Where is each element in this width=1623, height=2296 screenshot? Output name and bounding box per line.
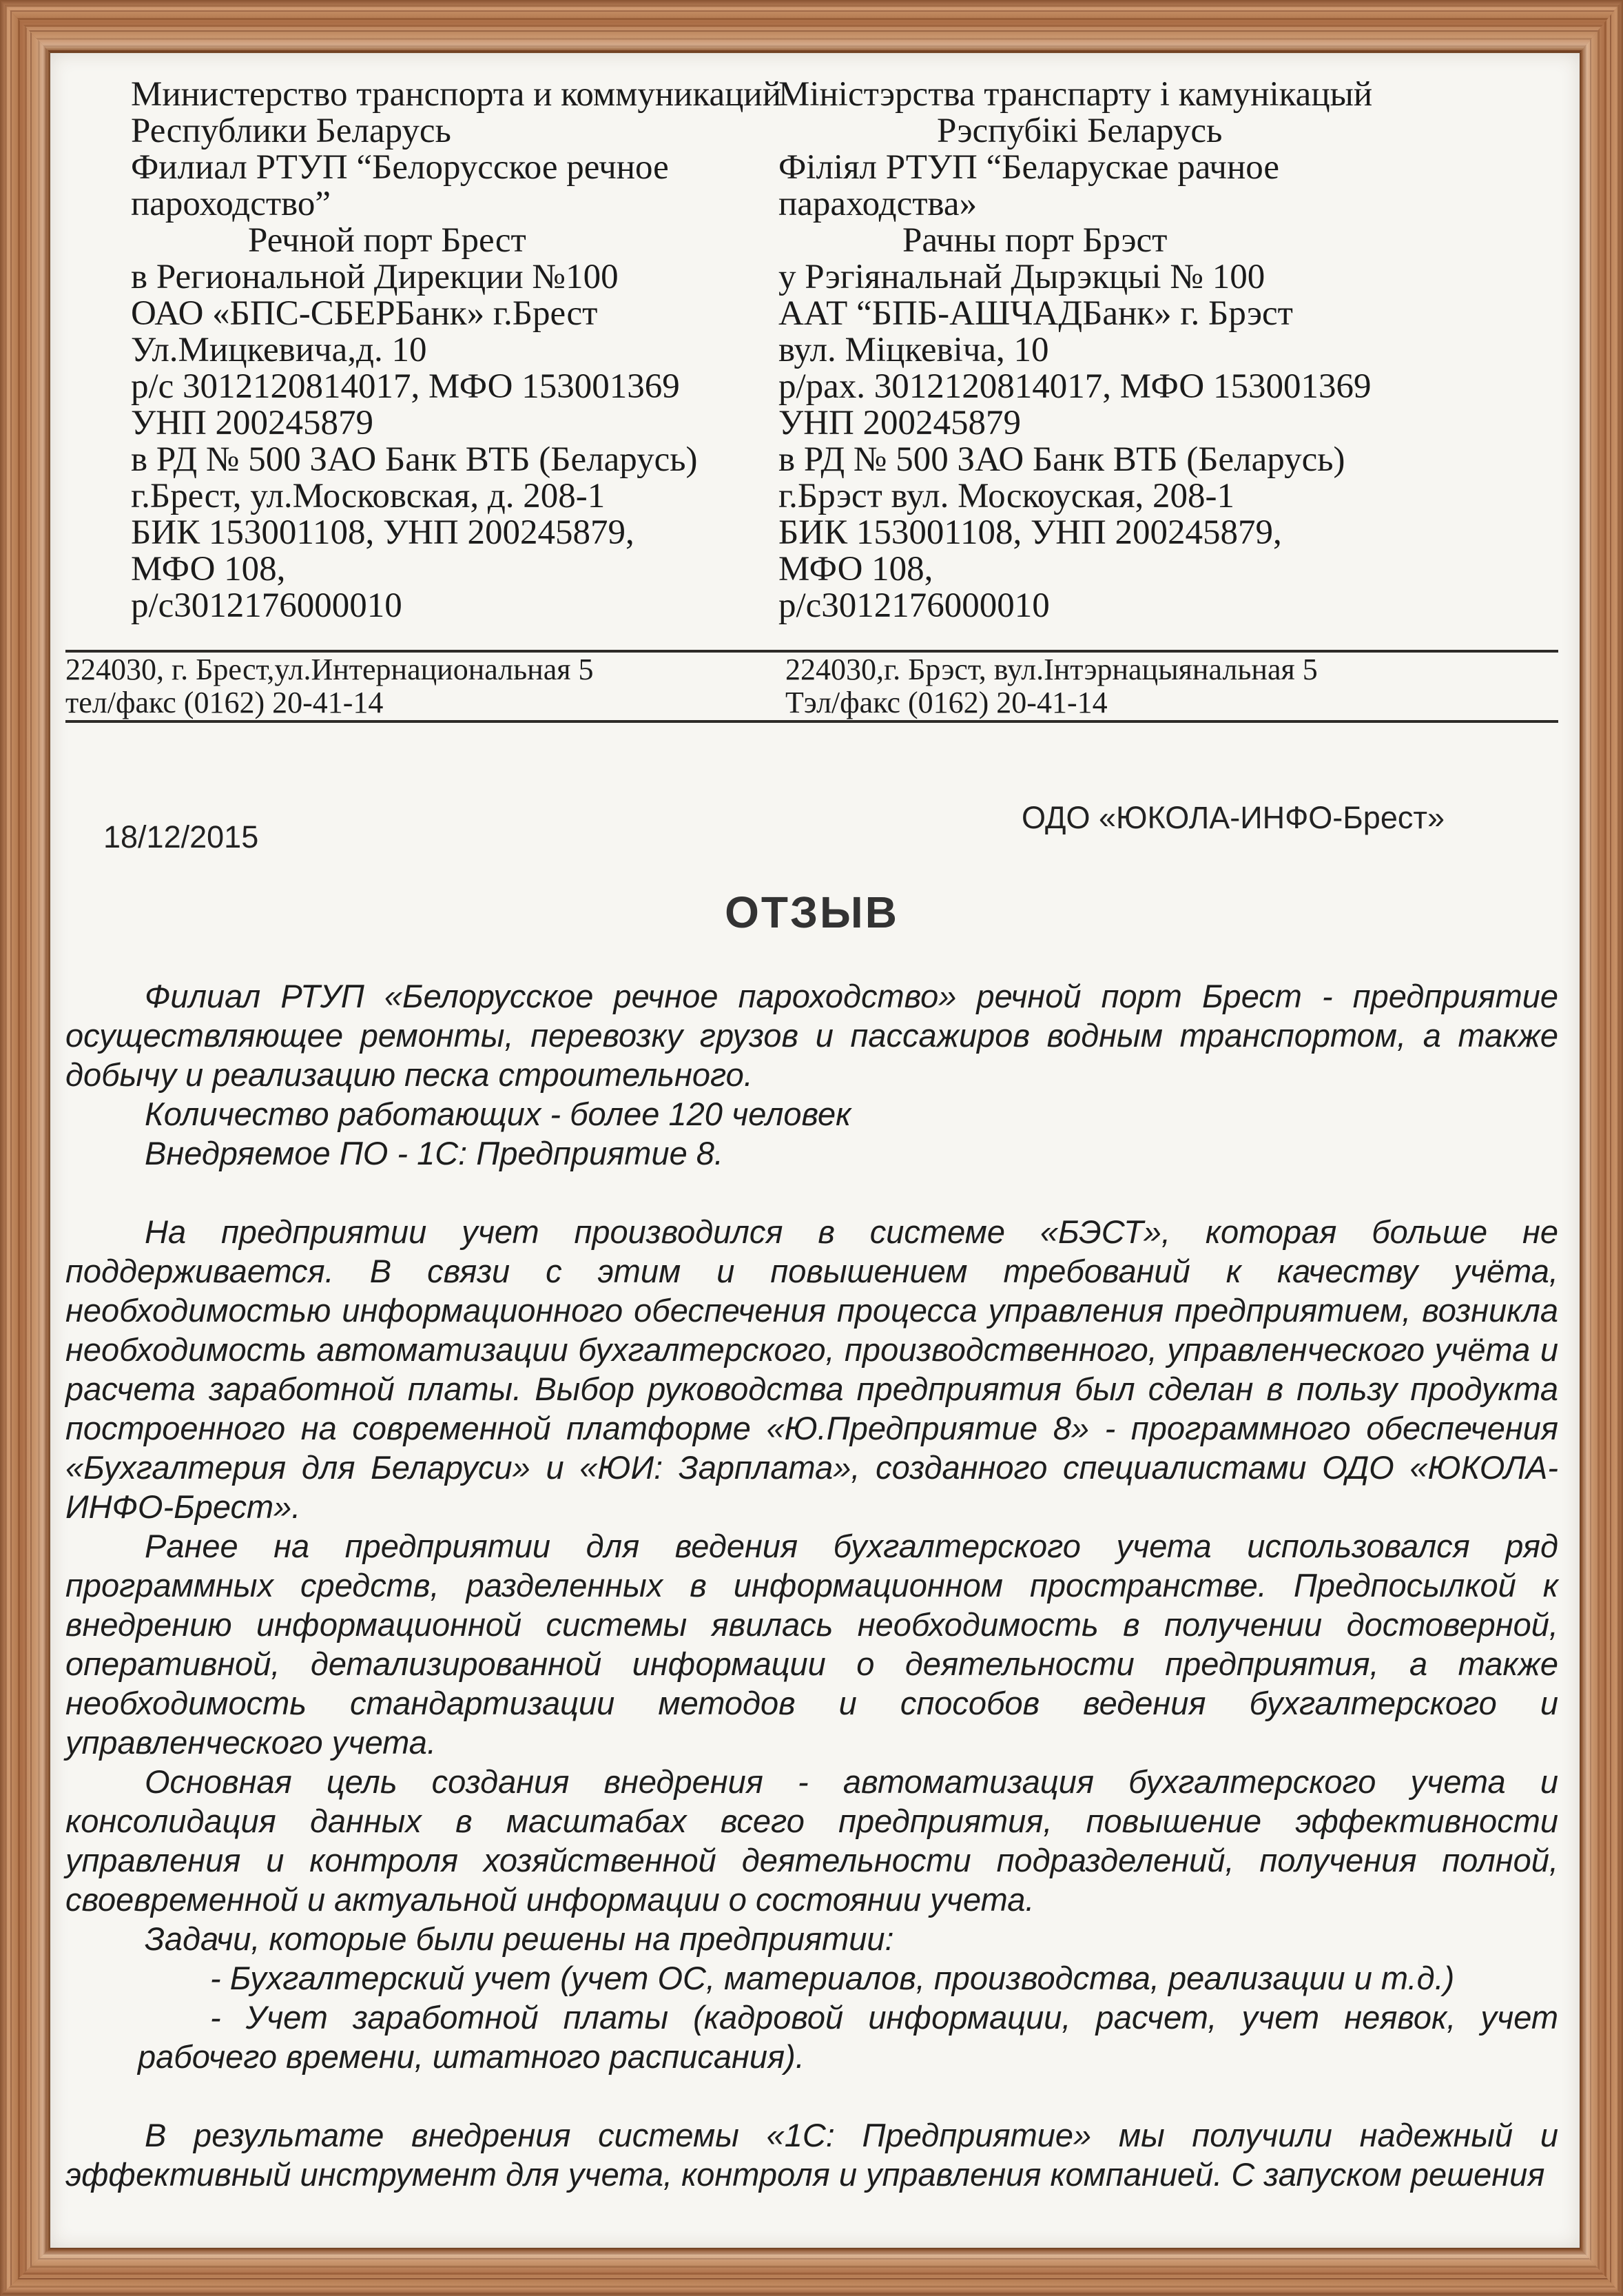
phone-line: Тэл/факс (0162) 20-41-14 [785,686,1558,719]
address-belarusian: 224030,г. Брэст, вул.Інтэрнацыянальная 5… [785,653,1558,719]
letterhead-line: МФО 108, [131,551,775,588]
divider-rule-bottom [65,720,1558,723]
letterhead-line: Республики Беларусь [131,113,775,150]
letterhead: Министерство транспорта и коммуникаций Р… [65,76,1558,624]
address-block: 224030, г. Брест,ул.Интернациональная 5 … [65,653,1558,720]
paragraph-result: В результате внедрения системы «1С: Пред… [65,2115,1558,2194]
bullet-item-payroll: - Учет заработной платы (кадровой информ… [65,1998,1558,2076]
letterhead-line: ААТ “БПБ-АШЧАДБанк» г. Брэст [778,296,1558,332]
meta-row: 18/12/2015 ОДО «ЮКОЛА-ИНФО-Брест» [65,800,1558,855]
letterhead-line: пароходство” [131,186,775,223]
letterhead-line: в Региональной Дирекции №100 [131,259,775,296]
letterhead-line: вул. Міцкевіча, 10 [778,332,1558,369]
letterhead-line: р/рах. 3012120814017, МФО 153001369 [778,369,1558,405]
letterhead-line: ОАО «БПС-СБЕРБанк» г.Брест [131,296,775,332]
document-body: Филиал РТУП «Белорусское речное пароходс… [65,976,1558,2194]
letterhead-line: Рэспубікі Беларусь [778,113,1558,150]
letterhead-line: Филиал РТУП “Белорусское речное [131,150,775,186]
document-recipient: ОДО «ЮКОЛА-ИНФО-Брест» [1022,800,1445,836]
letterhead-line: параходства» [778,186,1558,223]
framed-document-photo: { "colors": { "frame_wood_base": "#a96a3… [0,0,1623,2296]
letterhead-line: г.Брест, ул.Московская, д. 208-1 [131,478,775,515]
letterhead-line: Філіял РТУП “Беларускае рачное [778,150,1558,186]
letterhead-line: БИК 153001108, УНП 200245879, [778,515,1558,551]
address-russian: 224030, г. Брест,ул.Интернациональная 5 … [65,653,785,719]
phone-line: тел/факс (0162) 20-41-14 [65,686,785,719]
letterhead-line: р/с 3012120814017, МФО 153001369 [131,369,775,405]
bullet-item-accounting: - Бухгалтерский учет (учет ОС, материало… [65,1958,1558,1998]
document-date: 18/12/2015 [103,819,258,855]
letterhead-line: УНП 200245879 [778,405,1558,442]
letterhead-belarusian-column: Міністэрства транспарту і камунікацый Рэ… [778,76,1558,624]
letterhead-line: у Рэгіянальнай Дырэкцыі № 100 [778,259,1558,296]
picture-frame-right [1580,0,1623,2296]
letterhead-line: Министерство транспорта и коммуникаций [131,76,775,113]
letterhead-line: БИК 153001108, УНП 200245879, [131,515,775,551]
letterhead-line: УНП 200245879 [131,405,775,442]
paragraph-previous-system: На предприятии учет производился в систе… [65,1212,1558,1526]
paragraph-main-goal: Основная цель создания внедрения - автом… [65,1762,1558,1919]
picture-frame-bottom [0,2248,1623,2296]
picture-frame-top [0,0,1623,53]
letterhead-line: МФО 108, [778,551,1558,588]
letterhead-line: р/с3012176000010 [131,588,775,624]
letterhead-line: Рачны порт Брэст [778,223,1558,259]
letterhead-line: Ул.Мицкевича,д. 10 [131,332,775,369]
paragraph-prerequisites: Ранее на предприятии для ведения бухгалт… [65,1526,1558,1762]
document-title: ОТЗЫВ [65,890,1558,935]
letterhead-line: в РД № 500 ЗАО Банк ВТБ (Беларусь) [131,442,775,478]
letterhead-line: р/с3012176000010 [778,588,1558,624]
address-line: 224030,г. Брэст, вул.Інтэрнацыянальная 5 [785,653,1558,686]
paragraph-tasks-heading: Задачи, которые были решены на предприят… [65,1919,1558,1958]
paragraph-employee-count: Количество работающих - более 120 челове… [65,1094,1558,1134]
letterhead-line: в РД № 500 ЗАО Банк ВТБ (Беларусь) [778,442,1558,478]
letterhead-russian-column: Министерство транспорта и коммуникаций Р… [131,76,775,624]
letterhead-line: Речной порт Брест [131,223,775,259]
letterhead-line: г.Брэст вул. Москоуская, 208-1 [778,478,1558,515]
paragraph-software: Внедряемое ПО - 1С: Предприятие 8. [65,1134,1558,1173]
document-paper: Министерство транспорта и коммуникаций Р… [50,53,1580,2248]
letterhead-line: Міністэрства транспарту і камунікацый [778,76,1558,113]
picture-frame-left [0,0,50,2296]
paragraph-company-intro: Филиал РТУП «Белорусское речное пароходс… [65,976,1558,1094]
address-line: 224030, г. Брест,ул.Интернациональная 5 [65,653,785,686]
